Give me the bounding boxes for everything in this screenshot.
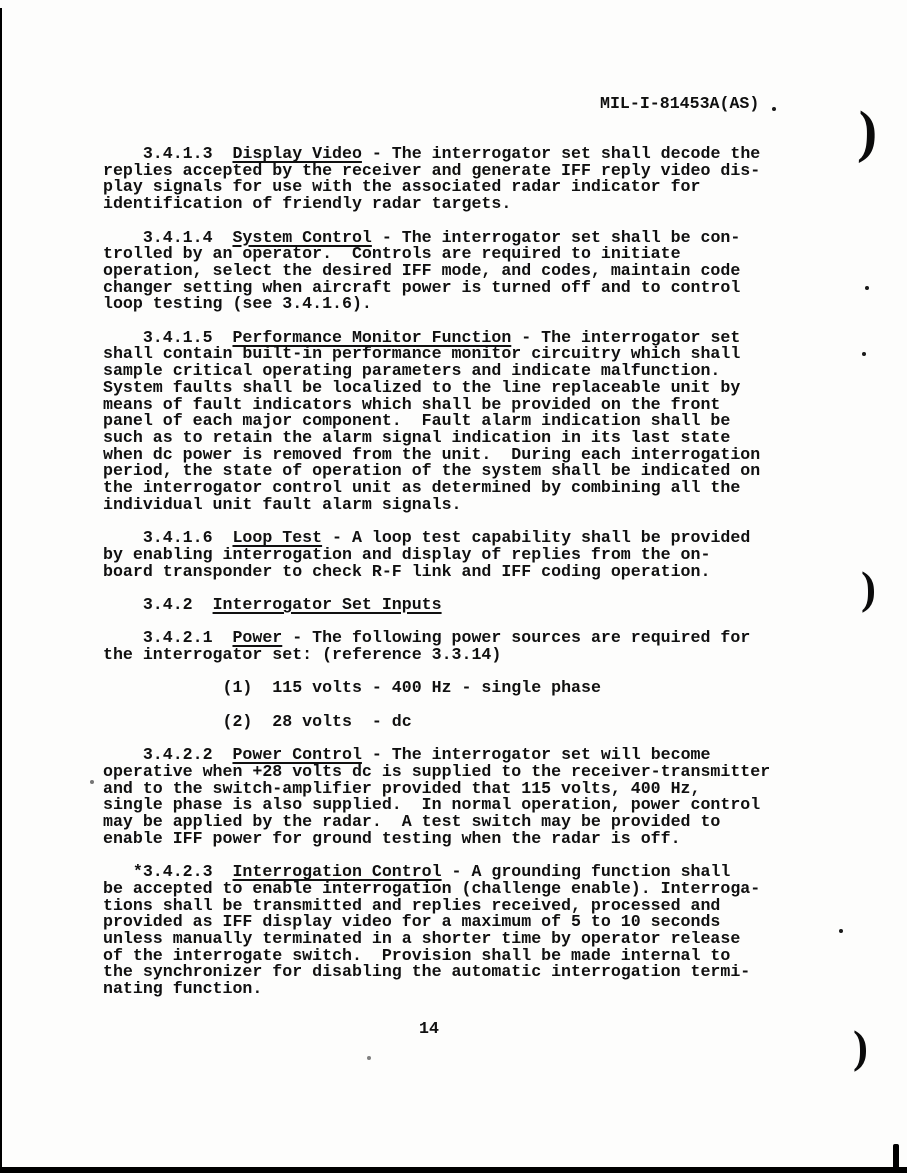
paragraph-lead: (2) 28 volts - dc: [103, 712, 412, 731]
ink-speck: [839, 929, 843, 933]
scan-artifact-paren-bottom: ): [853, 1025, 868, 1070]
paragraph-lead: 3.4.2: [103, 595, 213, 614]
ink-speck: [862, 352, 866, 356]
page-number: 14: [419, 1021, 439, 1038]
paragraph: 3.4.2.2 Power Control - The interrogator…: [103, 747, 803, 847]
paragraph-text: - The interrogator set shall contain bui…: [103, 328, 760, 514]
scan-edge-left-line: [0, 8, 2, 1173]
section-title-underlined: Interrogator Set Inputs: [213, 595, 442, 614]
document-body: 3.4.1.3 Display Video - The interrogator…: [103, 146, 803, 1014]
paragraph: *3.4.2.3 Interrogation Control - A groun…: [103, 864, 803, 998]
paragraph: 3.4.1.3 Display Video - The interrogator…: [103, 146, 803, 213]
ink-speck: [367, 1056, 371, 1060]
scan-edge-bottom-bar: [0, 1167, 907, 1173]
document-id-header: MIL-I-81453A(AS): [600, 96, 759, 113]
paragraph: (1) 115 volts - 400 Hz - single phase: [103, 680, 803, 697]
scan-artifact-paren-middle: ): [861, 566, 876, 611]
paragraph-text: - A grounding function shall be accepted…: [103, 862, 760, 998]
scan-artifact-paren-top: ): [857, 103, 878, 162]
ink-speck: [865, 286, 869, 290]
paragraph: 3.4.1.4 System Control - The interrogato…: [103, 230, 803, 314]
scan-corner-mark: [893, 1144, 899, 1173]
paragraph: 3.4.2 Interrogator Set Inputs: [103, 597, 803, 614]
paragraph: (2) 28 volts - dc: [103, 714, 803, 731]
scanned-document-page: MIL-I-81453A(AS) 3.4.1.3 Display Video -…: [0, 0, 907, 1173]
paragraph: 3.4.1.5 Performance Monitor Function - T…: [103, 330, 803, 514]
paragraph: 3.4.2.1 Power - The following power sour…: [103, 630, 803, 663]
ink-speck: [772, 107, 776, 111]
paragraph-lead: (1) 115 volts - 400 Hz - single phase: [103, 678, 601, 697]
ink-speck: [90, 780, 94, 784]
paragraph: 3.4.1.6 Loop Test - A loop test capabili…: [103, 530, 803, 580]
